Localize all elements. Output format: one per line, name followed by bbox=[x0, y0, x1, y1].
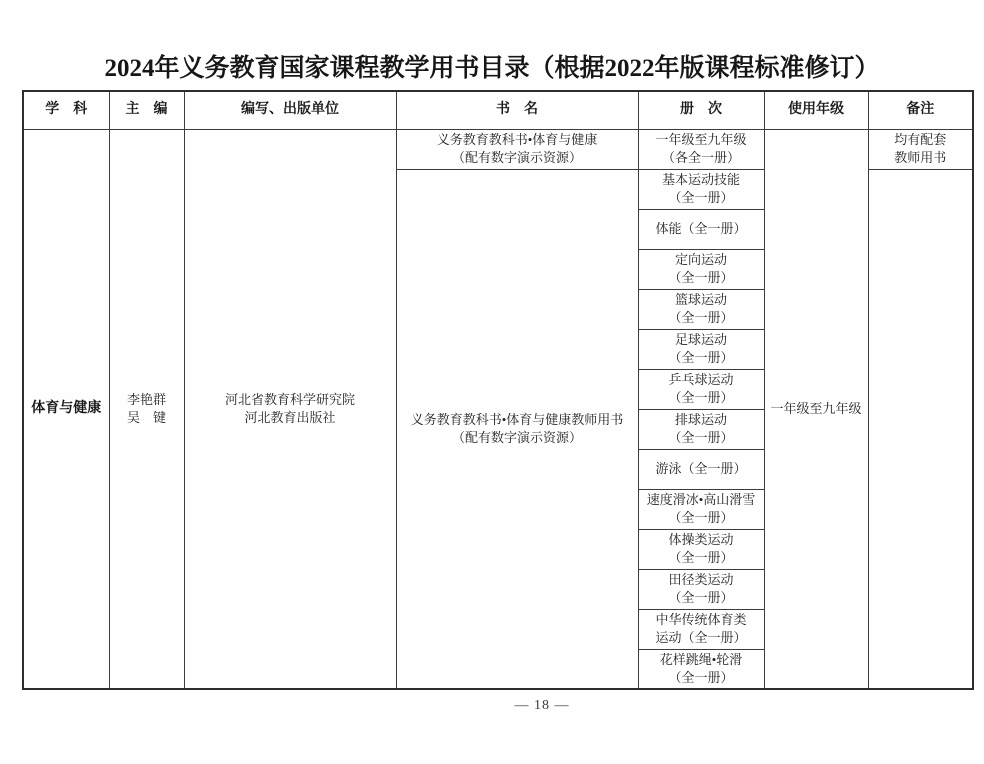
cell-book1-name: 义务教育教科书•体育与健康 （配有数字演示资源） bbox=[396, 129, 638, 169]
cell-book2-booklet-10: 体操类运动 （全一册） bbox=[638, 529, 764, 569]
table-header-row: 学 科 主 编 编写、出版单位 书 名 册 次 使用年级 备注 bbox=[23, 91, 973, 129]
header-subject: 学 科 bbox=[23, 91, 109, 129]
cell-book2-booklet-6: 乒乓球运动 （全一册） bbox=[638, 369, 764, 409]
cell-book1-note: 均有配套 教师用书 bbox=[868, 129, 973, 169]
cell-publisher: 河北省教育科学研究院 河北教育出版社 bbox=[184, 129, 396, 689]
cell-book2-note bbox=[868, 169, 973, 689]
header-booklet: 册 次 bbox=[638, 91, 764, 129]
table-row-1: 体育与健康 李艳群 吴 键 河北省教育科学研究院 河北教育出版社 义务教育教科书… bbox=[23, 129, 973, 169]
cell-book2-booklet-2: 体能（全一册） bbox=[638, 209, 764, 249]
header-grade: 使用年级 bbox=[764, 91, 868, 129]
page-title: 2024年义务教育国家课程教学用书目录（根据2022年版课程标准修订） bbox=[0, 48, 984, 84]
cell-book2-name: 义务教育教科书•体育与健康教师用书 （配有数字演示资源） bbox=[396, 169, 638, 689]
cell-subject: 体育与健康 bbox=[23, 129, 109, 689]
cell-book2-booklet-7: 排球运动 （全一册） bbox=[638, 409, 764, 449]
cell-book2-booklet-13: 花样跳绳•轮滑 （全一册） bbox=[638, 649, 764, 689]
cell-book2-booklet-12: 中华传统体育类 运动（全一册） bbox=[638, 609, 764, 649]
textbook-catalog-table: 学 科 主 编 编写、出版单位 书 名 册 次 使用年级 备注 体育与健康 李艳… bbox=[22, 90, 974, 690]
document-page: 2024年义务教育国家课程教学用书目录（根据2022年版课程标准修订） 学 科 … bbox=[0, 0, 984, 764]
header-book-name: 书 名 bbox=[396, 91, 638, 129]
page-number: — 18 — bbox=[50, 698, 984, 714]
cell-book2-booklet-8: 游泳（全一册） bbox=[638, 449, 764, 489]
cell-book2-booklet-3: 定向运动 （全一册） bbox=[638, 249, 764, 289]
cell-book2-booklet-11: 田径类运动 （全一册） bbox=[638, 569, 764, 609]
cell-book1-booklet: 一年级至九年级 （各全一册） bbox=[638, 129, 764, 169]
header-note: 备注 bbox=[868, 91, 973, 129]
cell-grade: 一年级至九年级 bbox=[764, 129, 868, 689]
cell-book2-booklet-9: 速度滑冰•高山滑雪 （全一册） bbox=[638, 489, 764, 529]
cell-editors: 李艳群 吴 键 bbox=[109, 129, 184, 689]
header-chief-editor: 主 编 bbox=[109, 91, 184, 129]
cell-book2-booklet-1: 基本运动技能 （全一册） bbox=[638, 169, 764, 209]
cell-book2-booklet-4: 篮球运动 （全一册） bbox=[638, 289, 764, 329]
header-publisher: 编写、出版单位 bbox=[184, 91, 396, 129]
cell-book2-booklet-5: 足球运动 （全一册） bbox=[638, 329, 764, 369]
